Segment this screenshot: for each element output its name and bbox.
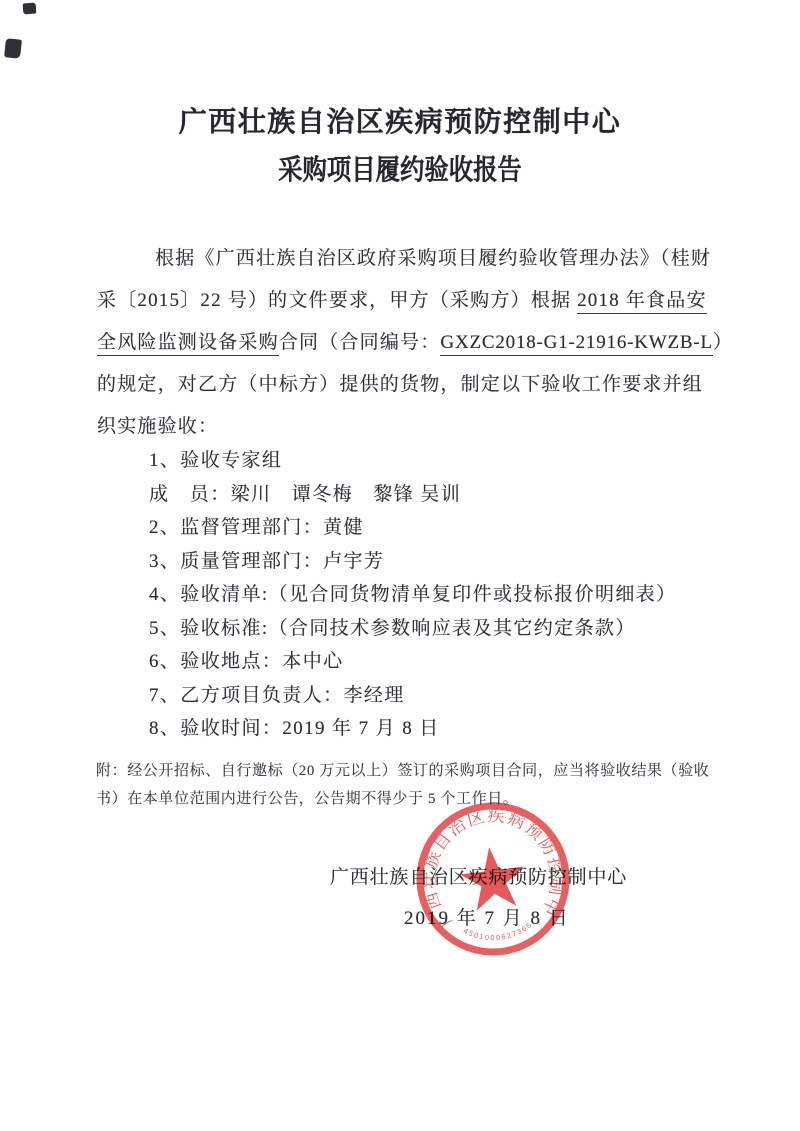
text-segment: 的规定，对乙方（中标方）提供的货物，制定以下验收工作要求并组 [97,374,703,395]
document-title: 广西壮族自治区疾病预防控制中心 采购项目履约验收报告 [0,98,800,194]
body-paragraph: 根据《广西壮族自治区政府采购项目履约验收管理办法》（桂财采〔2015〕22 号）… [97,238,737,448]
title-line-2: 采购项目履约验收报告 [52,146,748,194]
list-item: 3、质量管理部门：卢宇芳 [149,545,749,579]
list-item: 4、验收清单:（见合同货物清单复印件或投标报价明细表） [149,578,749,612]
scan-artifact-top [23,3,37,15]
text-segment: ） [713,332,733,353]
red-star-icon [457,843,529,912]
underlined-text: 2018 年食品安 [577,290,707,314]
text-segment: 采〔2015〕22 号）的文件要求，甲方（采购方）根据 [97,290,577,311]
list-item: 5、验收标准:（合同技术参数响应表及其它约定条款） [149,612,749,646]
paragraph-line: 全风险监测设备采购合同（合同编号：GXZC2018-G1-21916-KWZB-… [97,322,737,364]
underlined-text: 全风险监测设备采购 [97,332,279,356]
paragraph-line: 采〔2015〕22 号）的文件要求，甲方（采购方）根据 2018 年食品安 [97,280,737,322]
scan-artifact-left [4,38,22,59]
text-segment: 合同（合同编号： [279,332,441,353]
acceptance-list: 1、验收专家组成 员：梁川 谭冬梅 黎锋 吴训2、监督管理部门：黄健3、质量管理… [149,444,749,746]
list-item: 2、监督管理部门：黄健 [149,511,749,545]
paragraph-line: 织实施验收： [97,406,737,448]
list-item: 8、验收时间：2019 年 7 月 8 日 [149,712,749,746]
note-line-1: 附：经公开招标、自行邀标（20 万元以上）签订的采购项目合同，应当将验收结果（验… [96,757,736,785]
text-segment: 根据《广西壮族自治区政府采购项目履约验收管理办法》（桂财 [155,248,711,269]
underlined-text: GXZC2018-G1-21916-KWZB-L [440,332,713,356]
list-item: 6、验收地点：本中心 [149,645,749,679]
text-segment: 织实施验收： [97,416,218,437]
list-item: 7、乙方项目负责人：李经理 [149,679,749,713]
list-item: 1、验收专家组 [149,444,749,478]
appendix-note: 附：经公开招标、自行邀标（20 万元以上）签订的采购项目合同，应当将验收结果（验… [96,757,736,813]
paragraph-line: 根据《广西壮族自治区政府采购项目履约验收管理办法》（桂财 [97,238,737,280]
official-red-seal: 广西壮族自治区疾病预防控制中心 4501000627365 [405,788,582,970]
scanned-document-page: 广西壮族自治区疾病预防控制中心 采购项目履约验收报告 根据《广西壮族自治区政府采… [0,0,800,1131]
paragraph-line: 的规定，对乙方（中标方）提供的货物，制定以下验收工作要求并组 [97,364,737,406]
list-item: 成 员：梁川 谭冬梅 黎锋 吴训 [149,478,749,512]
title-line-1: 广西壮族自治区疾病预防控制中心 [0,98,800,146]
